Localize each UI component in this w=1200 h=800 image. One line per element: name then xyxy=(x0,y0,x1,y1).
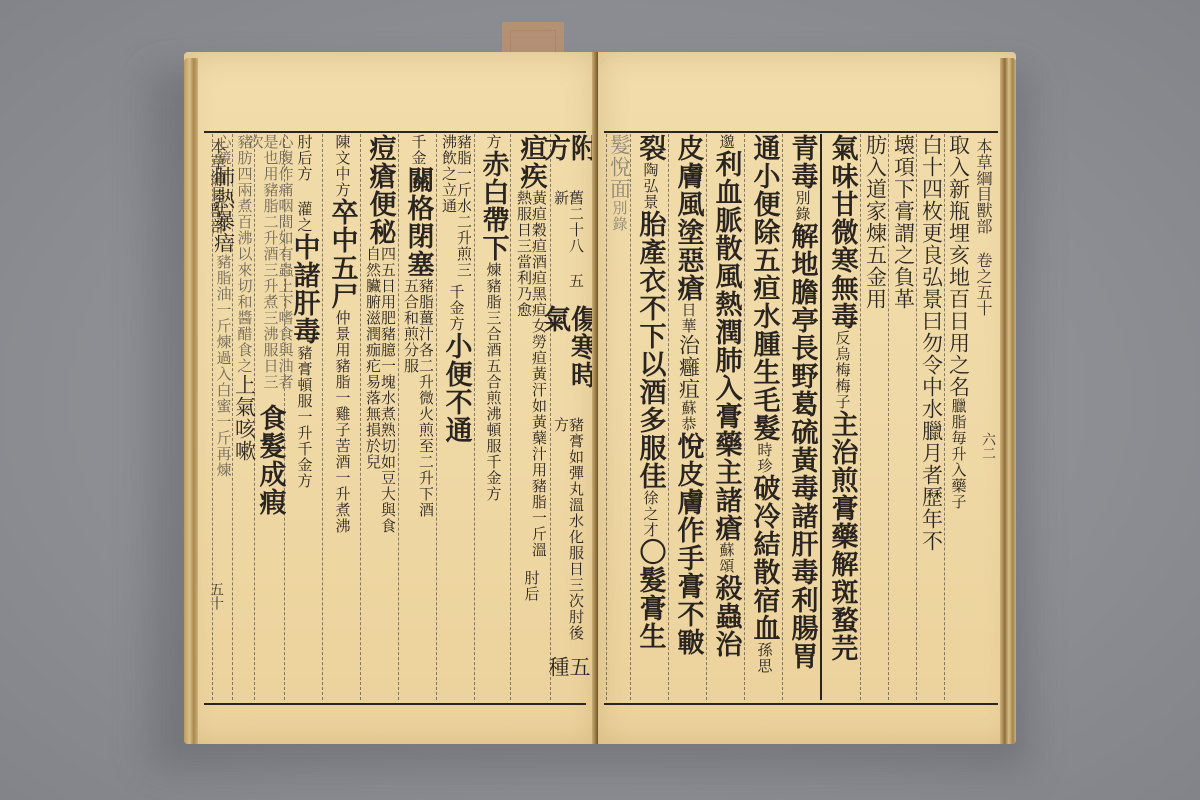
right-folio-number: 六二 xyxy=(978,432,998,460)
column-blood-vessels: 邈 利血脈散風熱潤肺入膏藥主諸瘡 蘇頌 殺蟲治 xyxy=(706,134,745,700)
open-book: 本草綱目獸部 五十 附方 舊二十八 五新 傷寒時氣 豬膏如彈丸溫水化服日三次肘後… xyxy=(184,52,1016,752)
right-page-edge xyxy=(1000,58,1016,744)
column-daoist-use: 肪入道家煉五金用 xyxy=(860,134,889,700)
column-neck-fat: 壊項下膏謂之負革 xyxy=(888,134,917,700)
column-lung-heat: 心鏡 肺熱暴瘖 豬脂油一斤煉過入白蜜一斤再煉 xyxy=(212,134,233,700)
right-margin-title: 本草綱目獸部 xyxy=(972,138,995,234)
column-smallpox: 痘瘡便秘 四五日用肥豬臆一塊水煮熟切如豆大與食自然臟腑滋潤痂疕易落無損於兒 xyxy=(360,134,399,700)
column-childbirth: 裂 陶弘景 胎產衣不下以酒多服佳 徐之才 〇髮膏生 xyxy=(630,134,669,700)
column-flavor: 氣味甘微寒無毒 反烏梅梅子 主治煎膏藥解斑蝥芫 xyxy=(820,134,862,700)
column-skin: 皮膚風塗惡瘡 日華 治癰疽 蘇恭 悅皮膚作手膏不皸 xyxy=(668,134,707,700)
column-fufang: 附方 舊二十八 五新 傷寒時氣 豬膏如彈丸溫水化服日三次肘後方 五種 xyxy=(550,134,585,700)
volume-label: 卷之五十 xyxy=(972,252,995,316)
column-preparation-note: 白十四枚更良弘景曰勿令中水臘月者歷年不 xyxy=(916,134,945,700)
column-urination: 豬脂一斤水二升煎三沸飲之立通 千金方 小便不通 xyxy=(436,134,475,700)
column-guan-ge: 千金 關格閉塞 豬脂薑汁各二升微火煎至二升下酒五合和煎分服 xyxy=(398,134,437,700)
left-page-edge xyxy=(184,58,198,744)
column-five-corpse: 陳文中方 卒中五尸 仲景用豬脂一雞子苦酒一升煮沸 xyxy=(322,134,361,700)
column-jaundice: 疸疾 黃疸穀疸酒疸黑疸女勞疸黃汗如黃蘖汁用豬脂一斤溫熱服日三當利乃愈 肘后 xyxy=(510,134,551,700)
right-page: 本草綱目獸部 卷之五十 六二 取入新瓶埋亥地百日用之名 臘脂毎升入藥子 白十四枚… xyxy=(598,52,1016,744)
column-detox: 青毒 別錄 解地膽亭長野葛硫黃毒諸肝毒利腸胃 xyxy=(782,134,821,700)
column-complexion: 髮悅面 別錄 xyxy=(606,134,631,700)
column-leukorrhea: 方 赤白帶下 煉豬脂三合酒五合煎沸頓服 千金方 xyxy=(474,134,511,700)
column-urination-hair: 通小便除五疸水腫生毛髮 時珍 破冷結散宿血 孫思 xyxy=(744,134,783,700)
column-hair-mass: 心腹作痛咽間如有蟲上下嗜食與油者是也用豬脂二升酒三升煮三沸服日三次 食髮成瘕 xyxy=(254,134,285,700)
column-preparation: 取入新瓶埋亥地百日用之名 臘脂毎升入藥子 xyxy=(944,134,971,700)
left-page: 本草綱目獸部 五十 附方 舊二十八 五新 傷寒時氣 豬膏如彈丸溫水化服日三次肘後… xyxy=(184,52,596,744)
